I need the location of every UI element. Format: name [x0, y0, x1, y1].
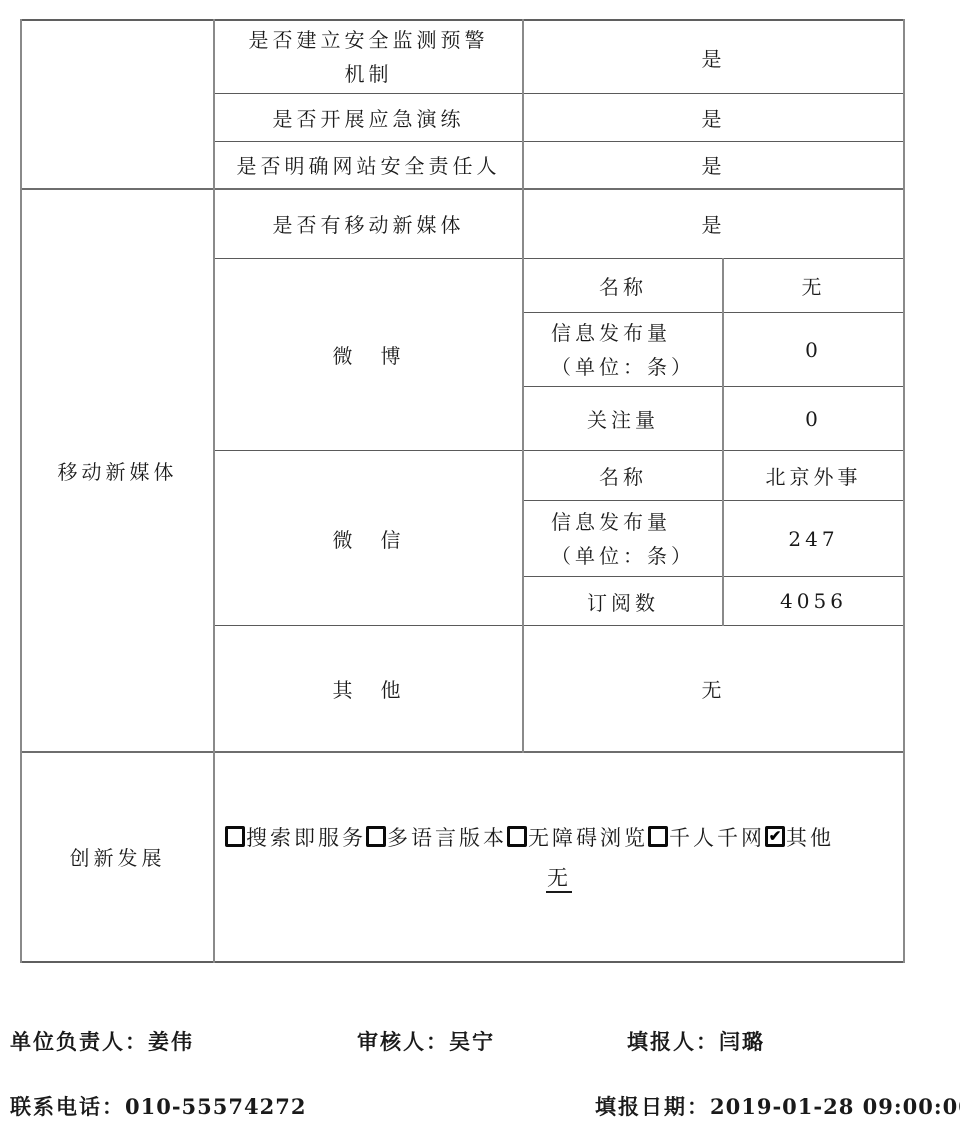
wechat-name-label: 名称 [523, 451, 723, 501]
security-monitor-label: 是否建立安全监测预警 机制 [214, 20, 523, 94]
unit-head-label: 单位负责人： [10, 1029, 148, 1054]
weibo-cell: 微 博 [214, 259, 523, 451]
filler-label: 填报人： [627, 1029, 719, 1054]
wechat-posts-label: 信息发布量 （单位：条） [523, 501, 723, 577]
footer-fill-date: 填报日期：2019-01-28 09:00:00 [595, 1091, 960, 1121]
innovation-other-line: 无 [225, 862, 893, 892]
weibo-name-value: 无 [723, 259, 904, 313]
option-other[interactable]: ✔ 其他 [765, 822, 834, 852]
mobile-media-category-cell: 移动新媒体 [21, 189, 214, 752]
option-label: 其他 [786, 822, 834, 852]
report-table: 是否建立安全监测预警 机制 是 是否开展应急演练 是 是否明确网站安全责任人 是… [20, 19, 905, 963]
other-media-label: 其 他 [214, 626, 523, 752]
wechat-cell: 微 信 [214, 451, 523, 626]
innovation-content-cell: 搜索即服务 多语言版本 无障碍浏览 千人千网 ✔ 其他 [214, 752, 904, 962]
has-mobile-media-value: 是 [523, 189, 904, 259]
fill-date-value: 2019-01-28 09:00:00 [710, 1094, 960, 1119]
footer-filler: 填报人：闫璐 [627, 1026, 765, 1056]
phone-label: 联系电话： [10, 1094, 125, 1119]
report-page: { "page": { "background": "#ffffff", "te… [0, 0, 960, 1139]
checkbox-unchecked-icon[interactable] [225, 826, 245, 847]
weibo-posts-value: 0 [723, 313, 904, 387]
footer-auditor: 审核人：吴宁 [357, 1026, 495, 1056]
innovation-options: 搜索即服务 多语言版本 无障碍浏览 千人千网 ✔ 其他 [225, 822, 893, 852]
security-monitor-value: 是 [523, 20, 904, 94]
row-has-mobile-media: 移动新媒体 是否有移动新媒体 是 [21, 189, 904, 259]
security-owner-label: 是否明确网站安全责任人 [214, 142, 523, 189]
weibo-posts-label-text: 信息发布量 （单位：条） [551, 316, 695, 384]
footer-phone: 联系电话：010-55574272 [10, 1091, 306, 1121]
wechat-posts-label-text: 信息发布量 （单位：条） [551, 505, 695, 573]
auditor-value: 吴宁 [449, 1029, 495, 1054]
wechat-name-value: 北京外事 [723, 451, 904, 501]
unit-head-value: 姜伟 [148, 1029, 194, 1054]
fill-date-label: 填报日期： [595, 1094, 710, 1119]
option-multilingual[interactable]: 多语言版本 [366, 822, 507, 852]
option-label: 无障碍浏览 [528, 822, 648, 852]
weibo-name-label: 名称 [523, 259, 723, 313]
filler-value: 闫璐 [719, 1029, 765, 1054]
option-search-as-service[interactable]: 搜索即服务 [225, 822, 366, 852]
has-mobile-media-label: 是否有移动新媒体 [214, 189, 523, 259]
footer-unit-head: 单位负责人：姜伟 [10, 1026, 194, 1056]
checkbox-unchecked-icon[interactable] [648, 826, 668, 847]
emergency-drill-value: 是 [523, 94, 904, 142]
row-security-monitor: 是否建立安全监测预警 机制 是 [21, 20, 904, 94]
auditor-label: 审核人： [357, 1029, 449, 1054]
option-label: 千人千网 [669, 822, 765, 852]
option-personalized-web[interactable]: 千人千网 [648, 822, 765, 852]
security-owner-value: 是 [523, 142, 904, 189]
wechat-posts-value: 247 [723, 501, 904, 577]
innovation-other-value: 无 [546, 866, 572, 893]
phone-value: 010-55574272 [125, 1094, 306, 1119]
weibo-followers-label: 关注量 [523, 387, 723, 451]
weibo-posts-label: 信息发布量 （单位：条） [523, 313, 723, 387]
row-innovation: 创新发展 搜索即服务 多语言版本 无障碍浏览 千人千网 [21, 752, 904, 962]
checkbox-unchecked-icon[interactable] [366, 826, 386, 847]
innovation-category-cell: 创新发展 [21, 752, 214, 962]
security-category-cell-empty [21, 20, 214, 189]
wechat-subscribers-value: 4056 [723, 577, 904, 626]
checkbox-unchecked-icon[interactable] [507, 826, 527, 847]
option-label: 多语言版本 [387, 822, 507, 852]
checkbox-checked-icon[interactable]: ✔ [765, 826, 785, 847]
other-media-value: 无 [523, 626, 904, 752]
emergency-drill-label: 是否开展应急演练 [214, 94, 523, 142]
wechat-subscribers-label: 订阅数 [523, 577, 723, 626]
option-label: 搜索即服务 [246, 822, 366, 852]
option-accessibility[interactable]: 无障碍浏览 [507, 822, 648, 852]
weibo-followers-value: 0 [723, 387, 904, 451]
